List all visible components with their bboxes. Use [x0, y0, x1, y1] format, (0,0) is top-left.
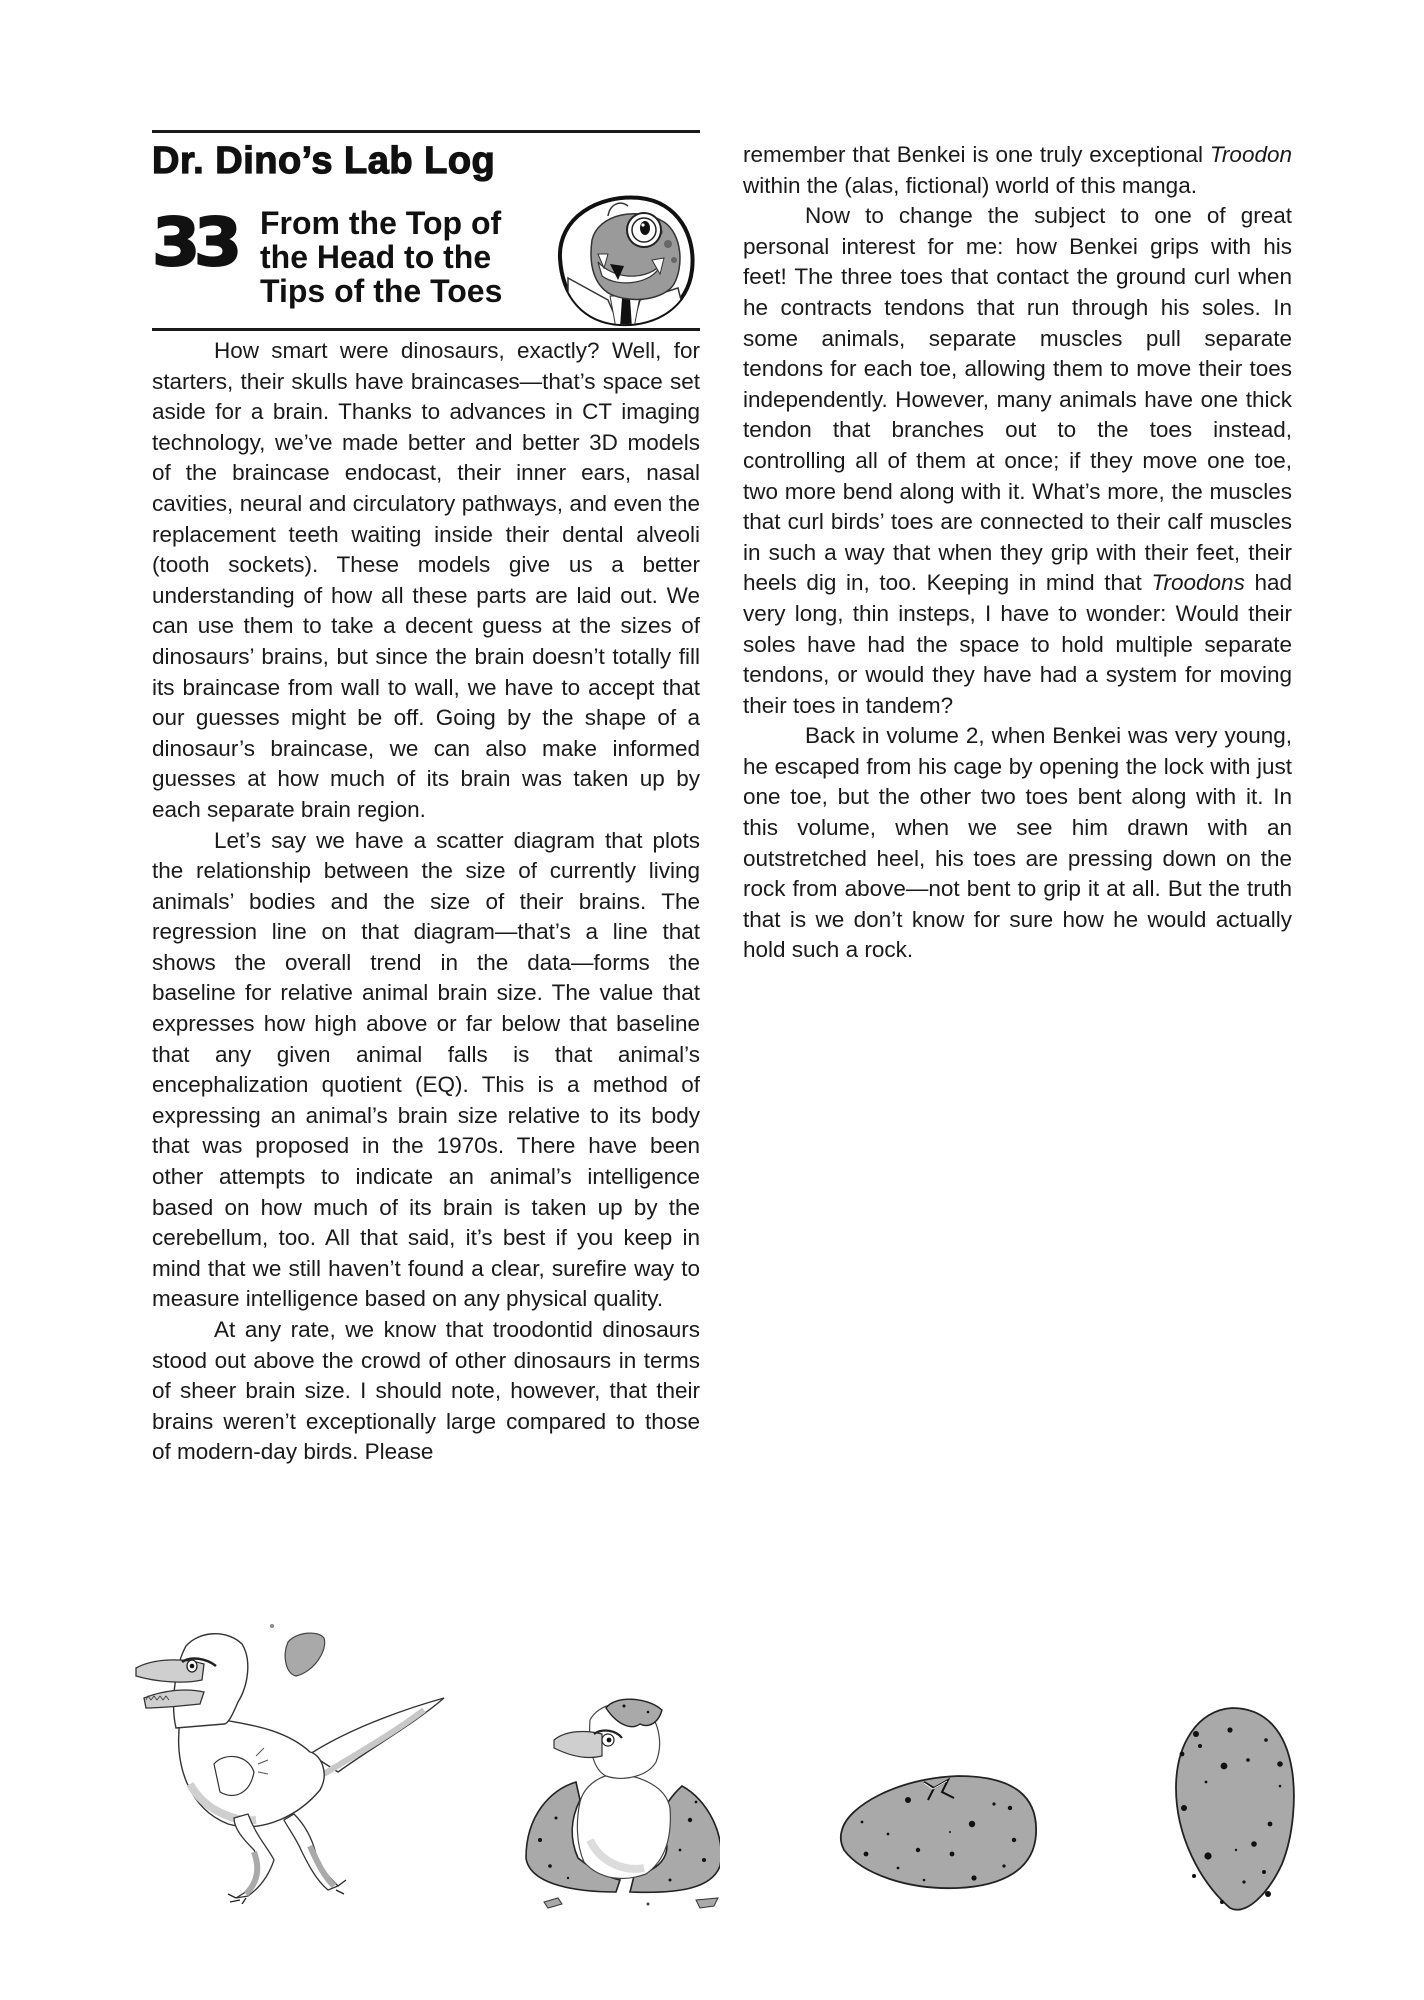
paragraph-encephalization: Let’s say we have a scatter diagram that… [152, 826, 700, 1316]
entry-number: 33 [152, 210, 236, 276]
column-header: Dr. Dino’s Lab Log 33 From the Top of th… [152, 130, 700, 330]
entry-title: From the Top of the Head to the Tips of … [260, 206, 502, 308]
paragraph-troodontid-continued: remember that Benkei is one truly except… [743, 140, 1292, 201]
paragraph-troodontid: At any rate, we know that troodontid din… [152, 1315, 700, 1468]
entry-title-line-3: Tips of the Toes [260, 274, 502, 308]
top-rule [152, 130, 700, 133]
text-span: within the (alas, fictional) world of th… [743, 173, 1197, 198]
entry-title-line-2: the Head to the [260, 240, 502, 274]
series-title: Dr. Dino’s Lab Log [152, 140, 495, 183]
italic-taxon: Troodons [1151, 570, 1244, 595]
italic-taxon: Troodon [1210, 142, 1292, 167]
entry-title-line-1: From the Top of [260, 206, 502, 240]
egg-icon [838, 1770, 1048, 1900]
paragraph-brain-size: How smart were dinosaurs, exactly? Well,… [152, 336, 700, 826]
text-span: Now to change the subject to one of grea… [743, 203, 1292, 595]
dr-dino-mascot-icon [548, 188, 698, 328]
paragraph-volume-2: Back in volume 2, when Benkei was very y… [743, 721, 1292, 966]
bottom-rule [152, 328, 700, 331]
dinosaur-icon [124, 1624, 464, 1904]
document-page: Dr. Dino’s Lab Log 33 From the Top of th… [0, 0, 1424, 2000]
left-text-column: How smart were dinosaurs, exactly? Well,… [152, 336, 700, 1468]
paragraph-gripping-feet: Now to change the subject to one of grea… [743, 201, 1292, 721]
egg-icon [1172, 1704, 1298, 1914]
hatching-egg-icon [520, 1690, 720, 1910]
text-span: remember that Benkei is one truly except… [743, 142, 1210, 167]
right-text-column: remember that Benkei is one truly except… [743, 140, 1292, 966]
